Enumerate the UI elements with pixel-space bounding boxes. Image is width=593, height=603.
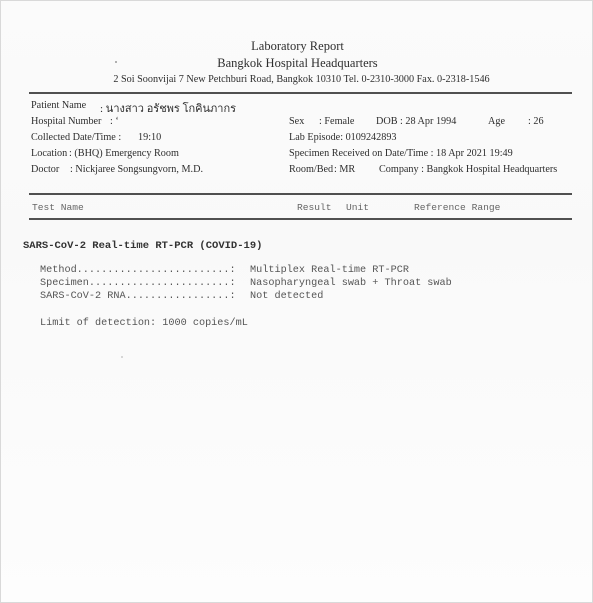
method-value: Multiplex Real-time RT-PCR xyxy=(250,265,409,276)
scan-speck xyxy=(121,356,123,358)
room-bed-label: Room/Bed xyxy=(289,164,333,175)
location-label: Location xyxy=(31,148,67,159)
column-unit: Unit xyxy=(346,202,369,213)
column-result: Result xyxy=(297,202,332,213)
sex-label: Sex xyxy=(289,116,304,127)
collected-value: 19:10 xyxy=(138,132,161,143)
hospital-address: 2 Soi Soonvijai 7 New Petchburi Road, Ba… xyxy=(1,74,593,85)
report-title: Laboratory Report xyxy=(1,39,593,54)
detection-limit-note: Limit of detection: 1000 copies/mL xyxy=(40,318,248,329)
divider-middle xyxy=(29,193,572,195)
column-reference-range: Reference Range xyxy=(414,202,500,213)
specimen-received: Specimen Received on Date/Time : 18 Apr … xyxy=(289,148,513,159)
company: Company : Bangkok Hospital Headquarters xyxy=(379,164,557,175)
age-value: : 26 xyxy=(528,116,544,127)
method-label: Method.........................: xyxy=(40,265,236,276)
hospital-number-value: : ʻ xyxy=(110,116,119,127)
location-value: : (BHQ) Emergency Room xyxy=(69,148,179,159)
rna-result: Not detected xyxy=(250,291,323,302)
hospital-name: Bangkok Hospital Headquarters xyxy=(1,56,593,71)
patient-name-value: : นางสาว อรัชพร โกคินภากร xyxy=(100,99,236,117)
lab-episode: Lab Episode: 0109242893 xyxy=(289,132,397,143)
divider-top xyxy=(29,92,572,94)
patient-name-label: Patient Name xyxy=(31,100,86,111)
lab-report-page: Laboratory Report Bangkok Hospital Headq… xyxy=(0,0,593,603)
age-label: Age xyxy=(488,116,505,127)
doctor-value: : Nickjaree Songsungvorn, M.D. xyxy=(70,164,203,175)
test-name: SARS-CoV-2 Real-time RT-PCR (COVID-19) xyxy=(23,240,262,252)
dob-value: : 28 Apr 1994 xyxy=(400,116,456,127)
sex-value: : Female xyxy=(319,116,354,127)
specimen-label: Specimen.......................: xyxy=(40,278,236,289)
rna-label: SARS-CoV-2 RNA.................: xyxy=(40,291,236,302)
scan-speck xyxy=(115,61,117,63)
hospital-number-label: Hospital Number xyxy=(31,116,101,127)
dob-label: DOB xyxy=(376,116,398,127)
column-test-name: Test Name xyxy=(32,202,84,213)
room-bed-value: : MR xyxy=(334,164,355,175)
specimen-value: Nasopharyngeal swab + Throat swab xyxy=(250,278,452,289)
divider-table-header xyxy=(29,218,572,220)
doctor-label: Doctor xyxy=(31,164,59,175)
collected-label: Collected Date/Time : xyxy=(31,132,121,143)
